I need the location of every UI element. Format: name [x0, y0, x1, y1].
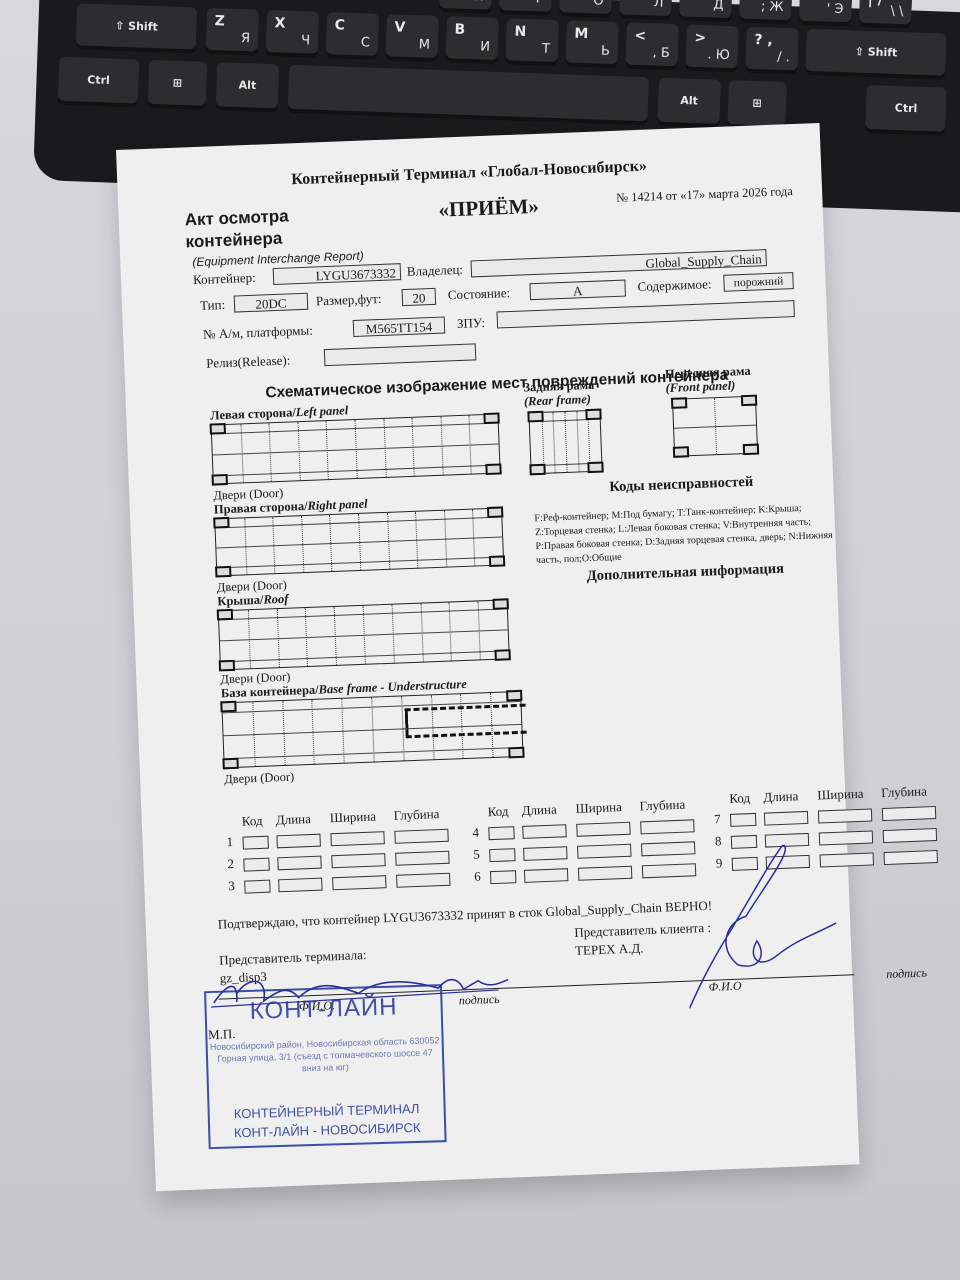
- rear-frame-label-en: (Rear frame): [524, 392, 592, 410]
- owner-field[interactable]: Global_Supply_Chain: [471, 249, 767, 277]
- corner-casting-icon: [222, 758, 238, 770]
- release-field[interactable]: [324, 343, 477, 366]
- table-header: Глубина: [393, 806, 439, 824]
- damage-depth-cell[interactable]: [882, 806, 936, 821]
- front-panel-label-en: (Front panel): [665, 378, 735, 396]
- damage-width-cell[interactable]: [818, 808, 872, 823]
- table-header: Глубина: [639, 797, 685, 815]
- key-ctrl-right: Ctrl: [865, 85, 946, 132]
- key-m: MЬ: [565, 20, 618, 64]
- damage-depth-cell[interactable]: [884, 850, 938, 865]
- damage-depth-cell[interactable]: [396, 873, 450, 888]
- key-space: [288, 65, 649, 122]
- corner-casting-icon: [743, 444, 759, 456]
- corner-casting-icon: [671, 397, 687, 409]
- corner-casting-icon: [219, 660, 235, 672]
- table-row-number: 8: [715, 833, 722, 849]
- key-win-right: ⊞: [727, 80, 787, 126]
- corner-casting-icon: [493, 598, 509, 610]
- table-row-number: 5: [473, 847, 480, 863]
- contents-field[interactable]: порожний: [723, 272, 794, 292]
- key-slash: ? ,/ .: [745, 27, 798, 71]
- corner-casting-icon: [673, 446, 689, 458]
- damage-code-cell[interactable]: [244, 880, 270, 894]
- key-semicolon: :; Ж: [739, 0, 792, 20]
- corner-casting-icon: [215, 566, 231, 578]
- act-title: Акт осмотра контейнера: [184, 203, 346, 253]
- damage-width-cell[interactable]: [578, 866, 632, 881]
- base-door-label: Двери (Door): [224, 770, 295, 788]
- damage-length-cell[interactable]: [766, 855, 810, 870]
- key-r: Р: [499, 0, 552, 12]
- vehicle-label: № А/м, платформы:: [203, 323, 313, 343]
- table-header: Ширина: [330, 809, 377, 827]
- size-label: Размер,фут:: [316, 291, 382, 310]
- client-fio-label: Ф.И.О: [708, 979, 742, 995]
- damage-code-cell[interactable]: [242, 836, 268, 850]
- corner-casting-icon: [529, 464, 545, 476]
- corner-casting-icon: [489, 555, 505, 567]
- left-panel-ru: Левая сторона/: [210, 405, 296, 422]
- table-header: Длина: [521, 802, 557, 819]
- corner-casting-icon: [220, 701, 236, 713]
- roof-label: Крыша/Roof: [217, 592, 289, 610]
- table-row-number: 3: [228, 878, 235, 894]
- damage-code-cell[interactable]: [730, 813, 756, 827]
- damage-length-cell[interactable]: [765, 833, 809, 848]
- table-header: Код: [729, 790, 750, 807]
- size-field[interactable]: 20: [402, 288, 437, 306]
- key-alt-right: Alt: [657, 78, 720, 124]
- table-row-number: 6: [474, 869, 481, 885]
- corner-casting-icon: [587, 462, 603, 474]
- release-label: Релиз(Release):: [206, 352, 291, 371]
- base-ru: База контейнера/: [221, 683, 319, 701]
- corner-casting-icon: [741, 395, 757, 407]
- damage-code-cell[interactable]: [732, 857, 758, 871]
- container-label: Контейнер:: [193, 270, 256, 288]
- key-period: >. Ю: [685, 25, 738, 69]
- key-quote: "' Э: [799, 0, 852, 22]
- corner-casting-icon: [213, 517, 229, 529]
- corner-casting-icon: [585, 409, 601, 421]
- damage-width-cell[interactable]: [332, 875, 386, 890]
- damage-depth-cell[interactable]: [641, 841, 695, 856]
- damage-length-cell[interactable]: [523, 846, 567, 861]
- corner-casting-icon: [494, 649, 510, 661]
- key-x: XЧ: [266, 10, 319, 54]
- mode-title: «ПРИЁМ»: [438, 194, 539, 223]
- stamp-address: Новосибирский район, Новосибирская облас…: [208, 1034, 443, 1077]
- table-row-number: 7: [714, 811, 721, 827]
- table-row-number: 1: [226, 834, 233, 850]
- container-field[interactable]: LYGU3673332: [273, 263, 402, 285]
- seal-field[interactable]: [496, 300, 794, 328]
- table-header: Ширина: [817, 786, 864, 804]
- roof-diagram[interactable]: [218, 599, 510, 670]
- condition-field[interactable]: A: [529, 280, 626, 301]
- key-shift-right: ⇧ Shift: [805, 29, 946, 76]
- type-label: Тип:: [200, 297, 226, 314]
- key-shift-left: ⇧ Shift: [76, 3, 197, 49]
- right-panel-ru: Правая сторона/: [214, 499, 308, 517]
- key-l: KЛ: [619, 0, 672, 16]
- key-b: BИ: [446, 16, 499, 60]
- schematic-title: Схематическое изображение мест поврежден…: [265, 367, 728, 403]
- key-p: П: [439, 0, 492, 10]
- key-ctrl-left: Ctrl: [58, 57, 139, 104]
- table-header: Код: [487, 803, 508, 820]
- corner-casting-icon: [210, 423, 226, 435]
- key-z: ZЯ: [206, 8, 259, 52]
- damage-length-cell[interactable]: [277, 856, 321, 871]
- key-comma: <, Б: [625, 23, 678, 67]
- corner-casting-icon: [212, 474, 228, 486]
- corner-casting-icon: [487, 506, 503, 518]
- damage-width-cell[interactable]: [819, 830, 873, 845]
- client-rep-label: Представитель клиента :: [574, 920, 711, 941]
- client-signature-label: подпись: [886, 965, 927, 982]
- right-panel-en: Right panel: [307, 497, 368, 513]
- seal-label: ЗПУ:: [457, 315, 486, 332]
- type-field[interactable]: 20DC: [234, 293, 309, 313]
- damage-depth-cell[interactable]: [640, 819, 694, 834]
- condition-label: Состояние:: [448, 285, 511, 303]
- left-panel-diagram[interactable]: [211, 414, 501, 485]
- key-backslash: | /\ \: [859, 0, 912, 24]
- damage-width-cell[interactable]: [820, 852, 874, 867]
- client-rep-value: ТЕРЕХ А.Д.: [575, 940, 644, 959]
- damage-width-cell[interactable]: [330, 831, 384, 846]
- corner-casting-icon: [506, 690, 522, 702]
- damage-code-cell[interactable]: [731, 835, 757, 849]
- table-header: Код: [242, 813, 263, 830]
- damage-width-cell[interactable]: [577, 844, 631, 859]
- key-c: CС: [326, 12, 379, 56]
- damage-length-cell[interactable]: [764, 811, 808, 826]
- right-panel-diagram[interactable]: [214, 507, 504, 576]
- damage-width-cell[interactable]: [331, 853, 385, 868]
- fault-codes-title: Коды неисправностей: [609, 474, 753, 497]
- table-row-number: 9: [716, 855, 723, 871]
- damage-code-cell[interactable]: [490, 870, 516, 884]
- table-row-number: 2: [227, 856, 234, 872]
- damage-code-cell[interactable]: [488, 826, 514, 840]
- roof-en: Roof: [263, 592, 289, 607]
- damage-depth-cell[interactable]: [395, 851, 449, 866]
- damage-code-cell[interactable]: [489, 848, 515, 862]
- roof-ru: Крыша/: [217, 593, 264, 609]
- table-row-number: 4: [472, 825, 479, 841]
- table-header: Длина: [763, 788, 799, 805]
- corner-casting-icon: [217, 609, 233, 621]
- terminal-rep-label: Представитель терминала:: [219, 947, 367, 969]
- contents-label: Содержимое:: [637, 276, 711, 295]
- corner-casting-icon: [527, 411, 543, 423]
- left-panel-en: Left panel: [296, 403, 349, 419]
- front-panel-diagram[interactable]: [672, 396, 758, 457]
- table-header: Ширина: [575, 799, 622, 817]
- stamp-name: КОНТ-ЛАЙН: [206, 992, 441, 1027]
- key-alt-left: Alt: [216, 62, 279, 108]
- damage-code-cell[interactable]: [243, 858, 269, 872]
- corner-casting-icon: [508, 747, 524, 759]
- key-n: NТ: [505, 18, 558, 62]
- fault-codes-text: F:Реф-контейнер; M:Под бумагу; T:Танк-ко…: [534, 501, 836, 568]
- equipment-interchange-report: Контейнерный Терминал «Глобал-Новосибирс…: [116, 123, 859, 1191]
- damage-depth-cell[interactable]: [394, 829, 448, 844]
- document-number: № 14214 от «17» марта 2026 года: [616, 184, 793, 206]
- damage-depth-cell[interactable]: [883, 828, 937, 843]
- corner-casting-icon: [485, 463, 501, 475]
- vehicle-field[interactable]: M565TT154: [353, 317, 446, 338]
- damage-length-cell[interactable]: [276, 834, 320, 849]
- damage-depth-cell[interactable]: [642, 863, 696, 878]
- damage-width-cell[interactable]: [576, 822, 630, 837]
- stamp-footer: КОНТЕЙНЕРНЫЙ ТЕРМИНАЛ КОНТ-ЛАЙН - НОВОСИ…: [209, 1098, 444, 1143]
- base-dashed-section: [405, 704, 527, 739]
- damage-length-cell[interactable]: [522, 824, 566, 839]
- key-v: VМ: [386, 14, 439, 58]
- table-header: Длина: [276, 811, 312, 828]
- company-stamp: КОНТ-ЛАЙН Новосибирский район, Новосибир…: [204, 984, 447, 1149]
- key-d: LД: [679, 0, 732, 18]
- key-o: JО: [559, 0, 612, 14]
- table-header: Глубина: [881, 783, 927, 801]
- damage-length-cell[interactable]: [524, 868, 568, 883]
- key-win-left: ⊞: [148, 60, 208, 106]
- base-frame-diagram[interactable]: [221, 691, 523, 768]
- damage-length-cell[interactable]: [278, 878, 322, 893]
- owner-label: Владелец:: [407, 262, 464, 280]
- terminal-rep-value: gz_disp3: [220, 969, 268, 987]
- terminal-signature-label: подпись: [459, 992, 500, 1009]
- corner-casting-icon: [483, 412, 499, 424]
- rear-frame-diagram[interactable]: [528, 410, 602, 475]
